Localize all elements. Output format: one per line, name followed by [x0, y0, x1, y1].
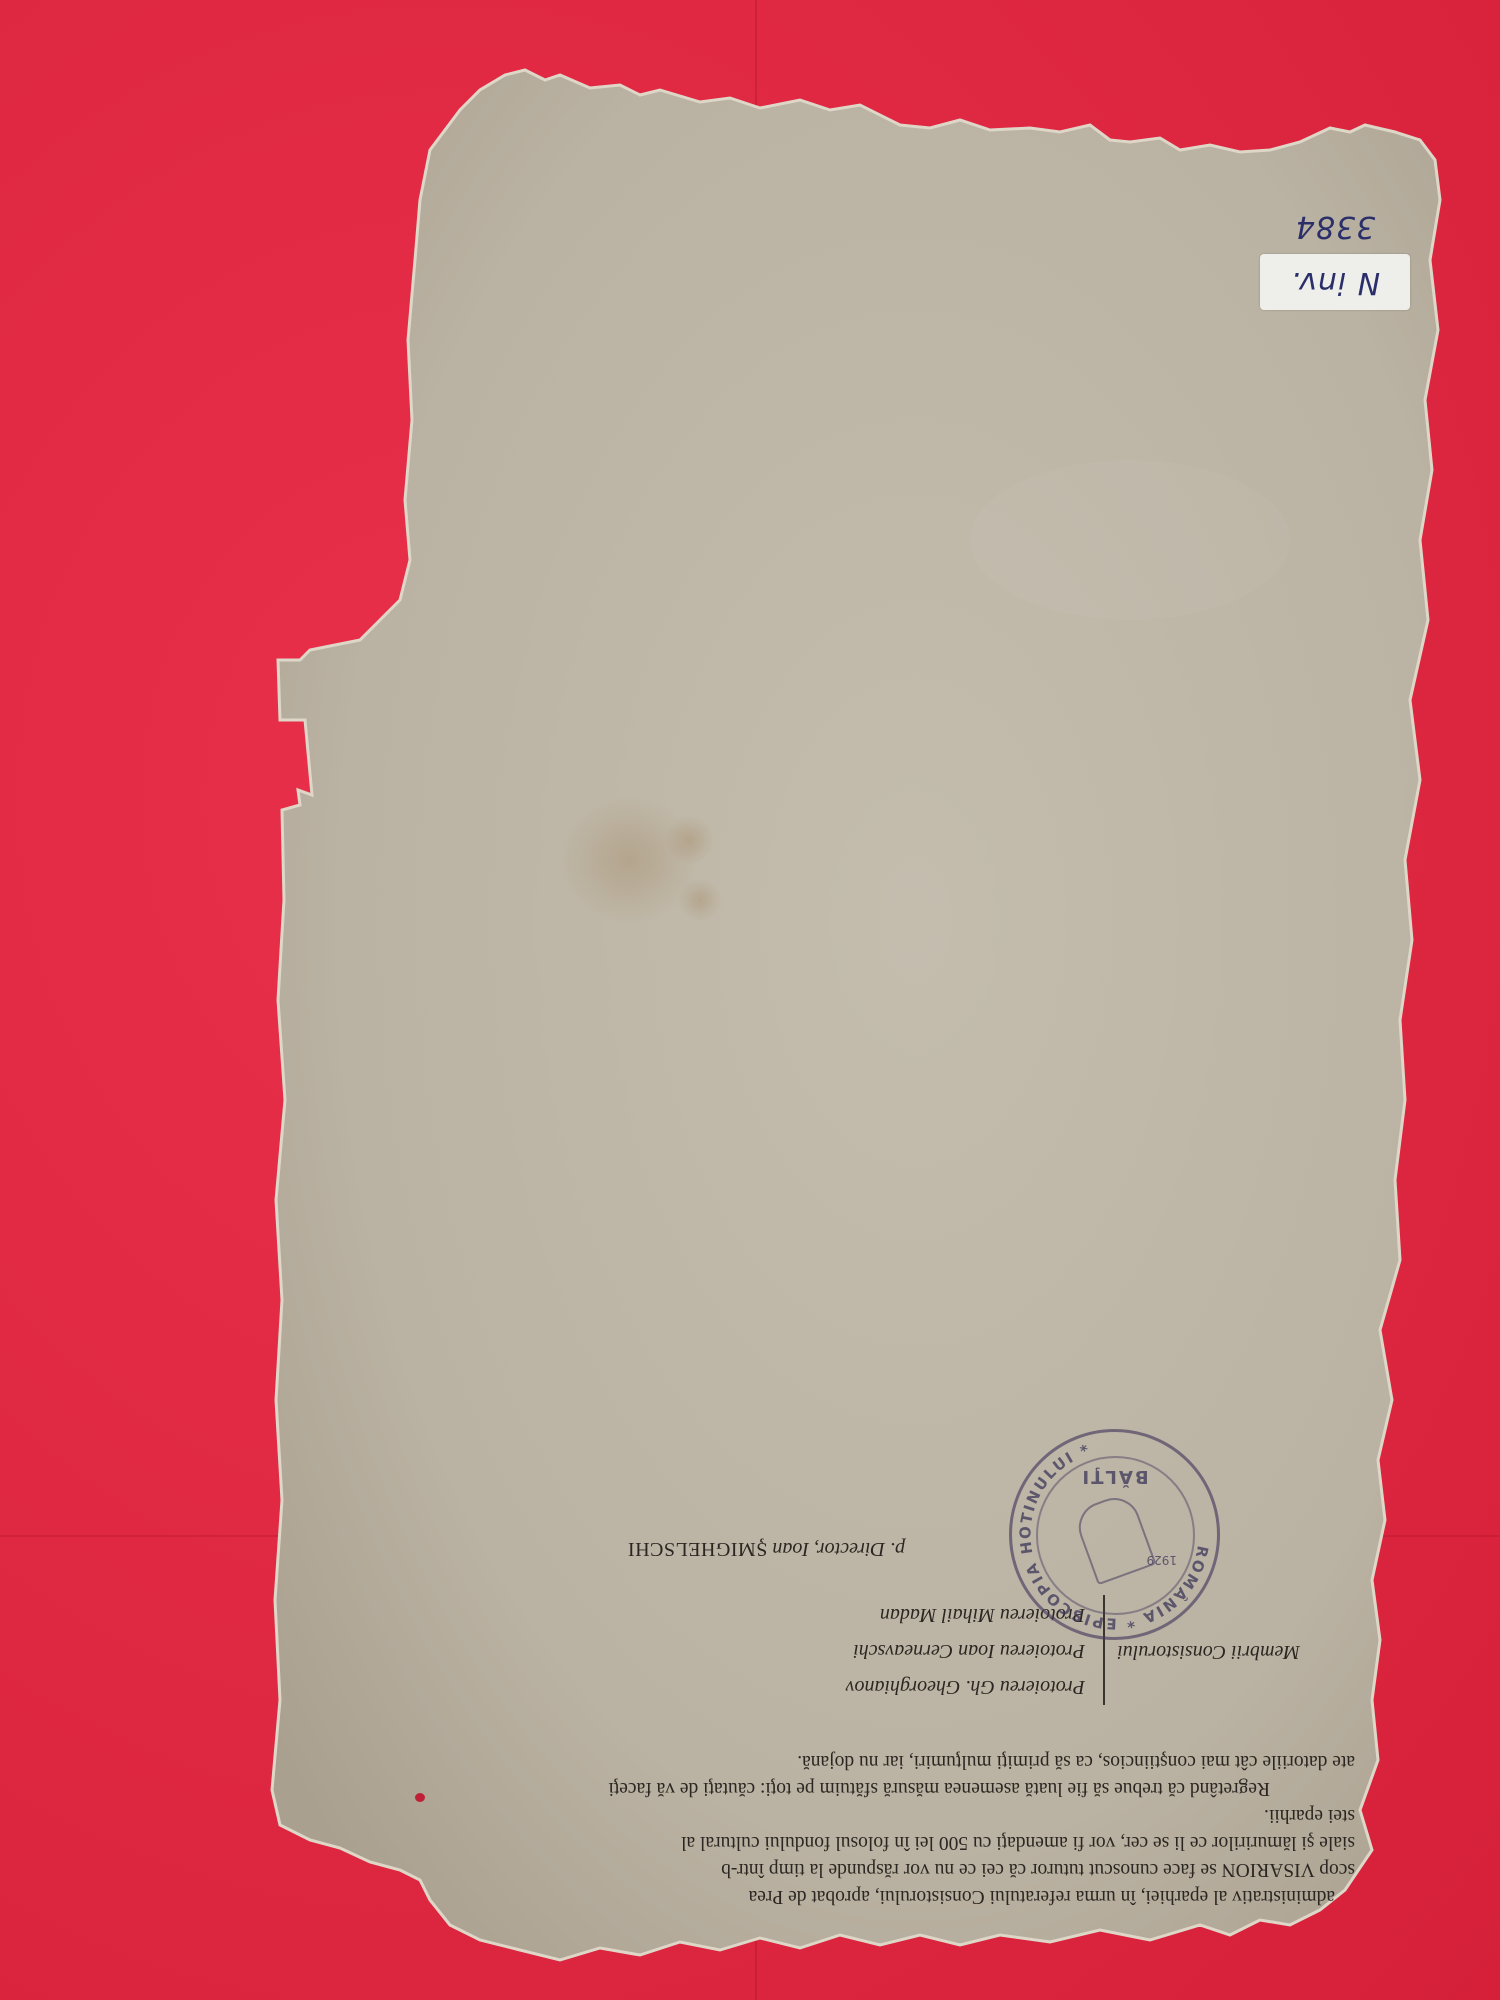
body-line: stei eparhii.: [275, 1802, 1355, 1829]
body-line: administrativ al eparhiei, în urma refer…: [275, 1883, 1335, 1910]
body-line: ate datoriile cât mai conştiincios, ca s…: [275, 1748, 1355, 1775]
member-name: Protoiereu Gh. Gheorghianov: [846, 1669, 1085, 1705]
director-signature: p. Director, Ioan ŞMIGHELSCHI: [627, 1537, 905, 1560]
paper-hole: [415, 1793, 425, 1802]
body-line: siale şi lămuririlor ce li se cer, vor f…: [275, 1829, 1355, 1856]
document-content-rotated: N inv. 3384 administrativ al eparhiei, î…: [270, 70, 1430, 1950]
stamp-city: BĂLŢI: [1012, 1466, 1217, 1487]
inventory-label: N inv. 3384: [1260, 254, 1410, 310]
member-name: Protoiereu Ioan Cerneavschi: [846, 1633, 1085, 1669]
director-prefix: p. Director, Ioan: [772, 1538, 905, 1560]
body-line: scop VISARION se face cunoscut tuturor c…: [275, 1856, 1355, 1883]
inventory-number: N inv. 3384: [1290, 209, 1380, 300]
director-surname: ŞMIGHELSCHI: [627, 1538, 767, 1560]
episcopal-stamp: ROMÂNIA * EPISCOPIA HOTINULUI * 1929 BĂL…: [1009, 1429, 1220, 1640]
members-group-label: Membrii Consistorului: [1117, 1640, 1300, 1663]
stamp-year: 1929: [1146, 1553, 1177, 1567]
